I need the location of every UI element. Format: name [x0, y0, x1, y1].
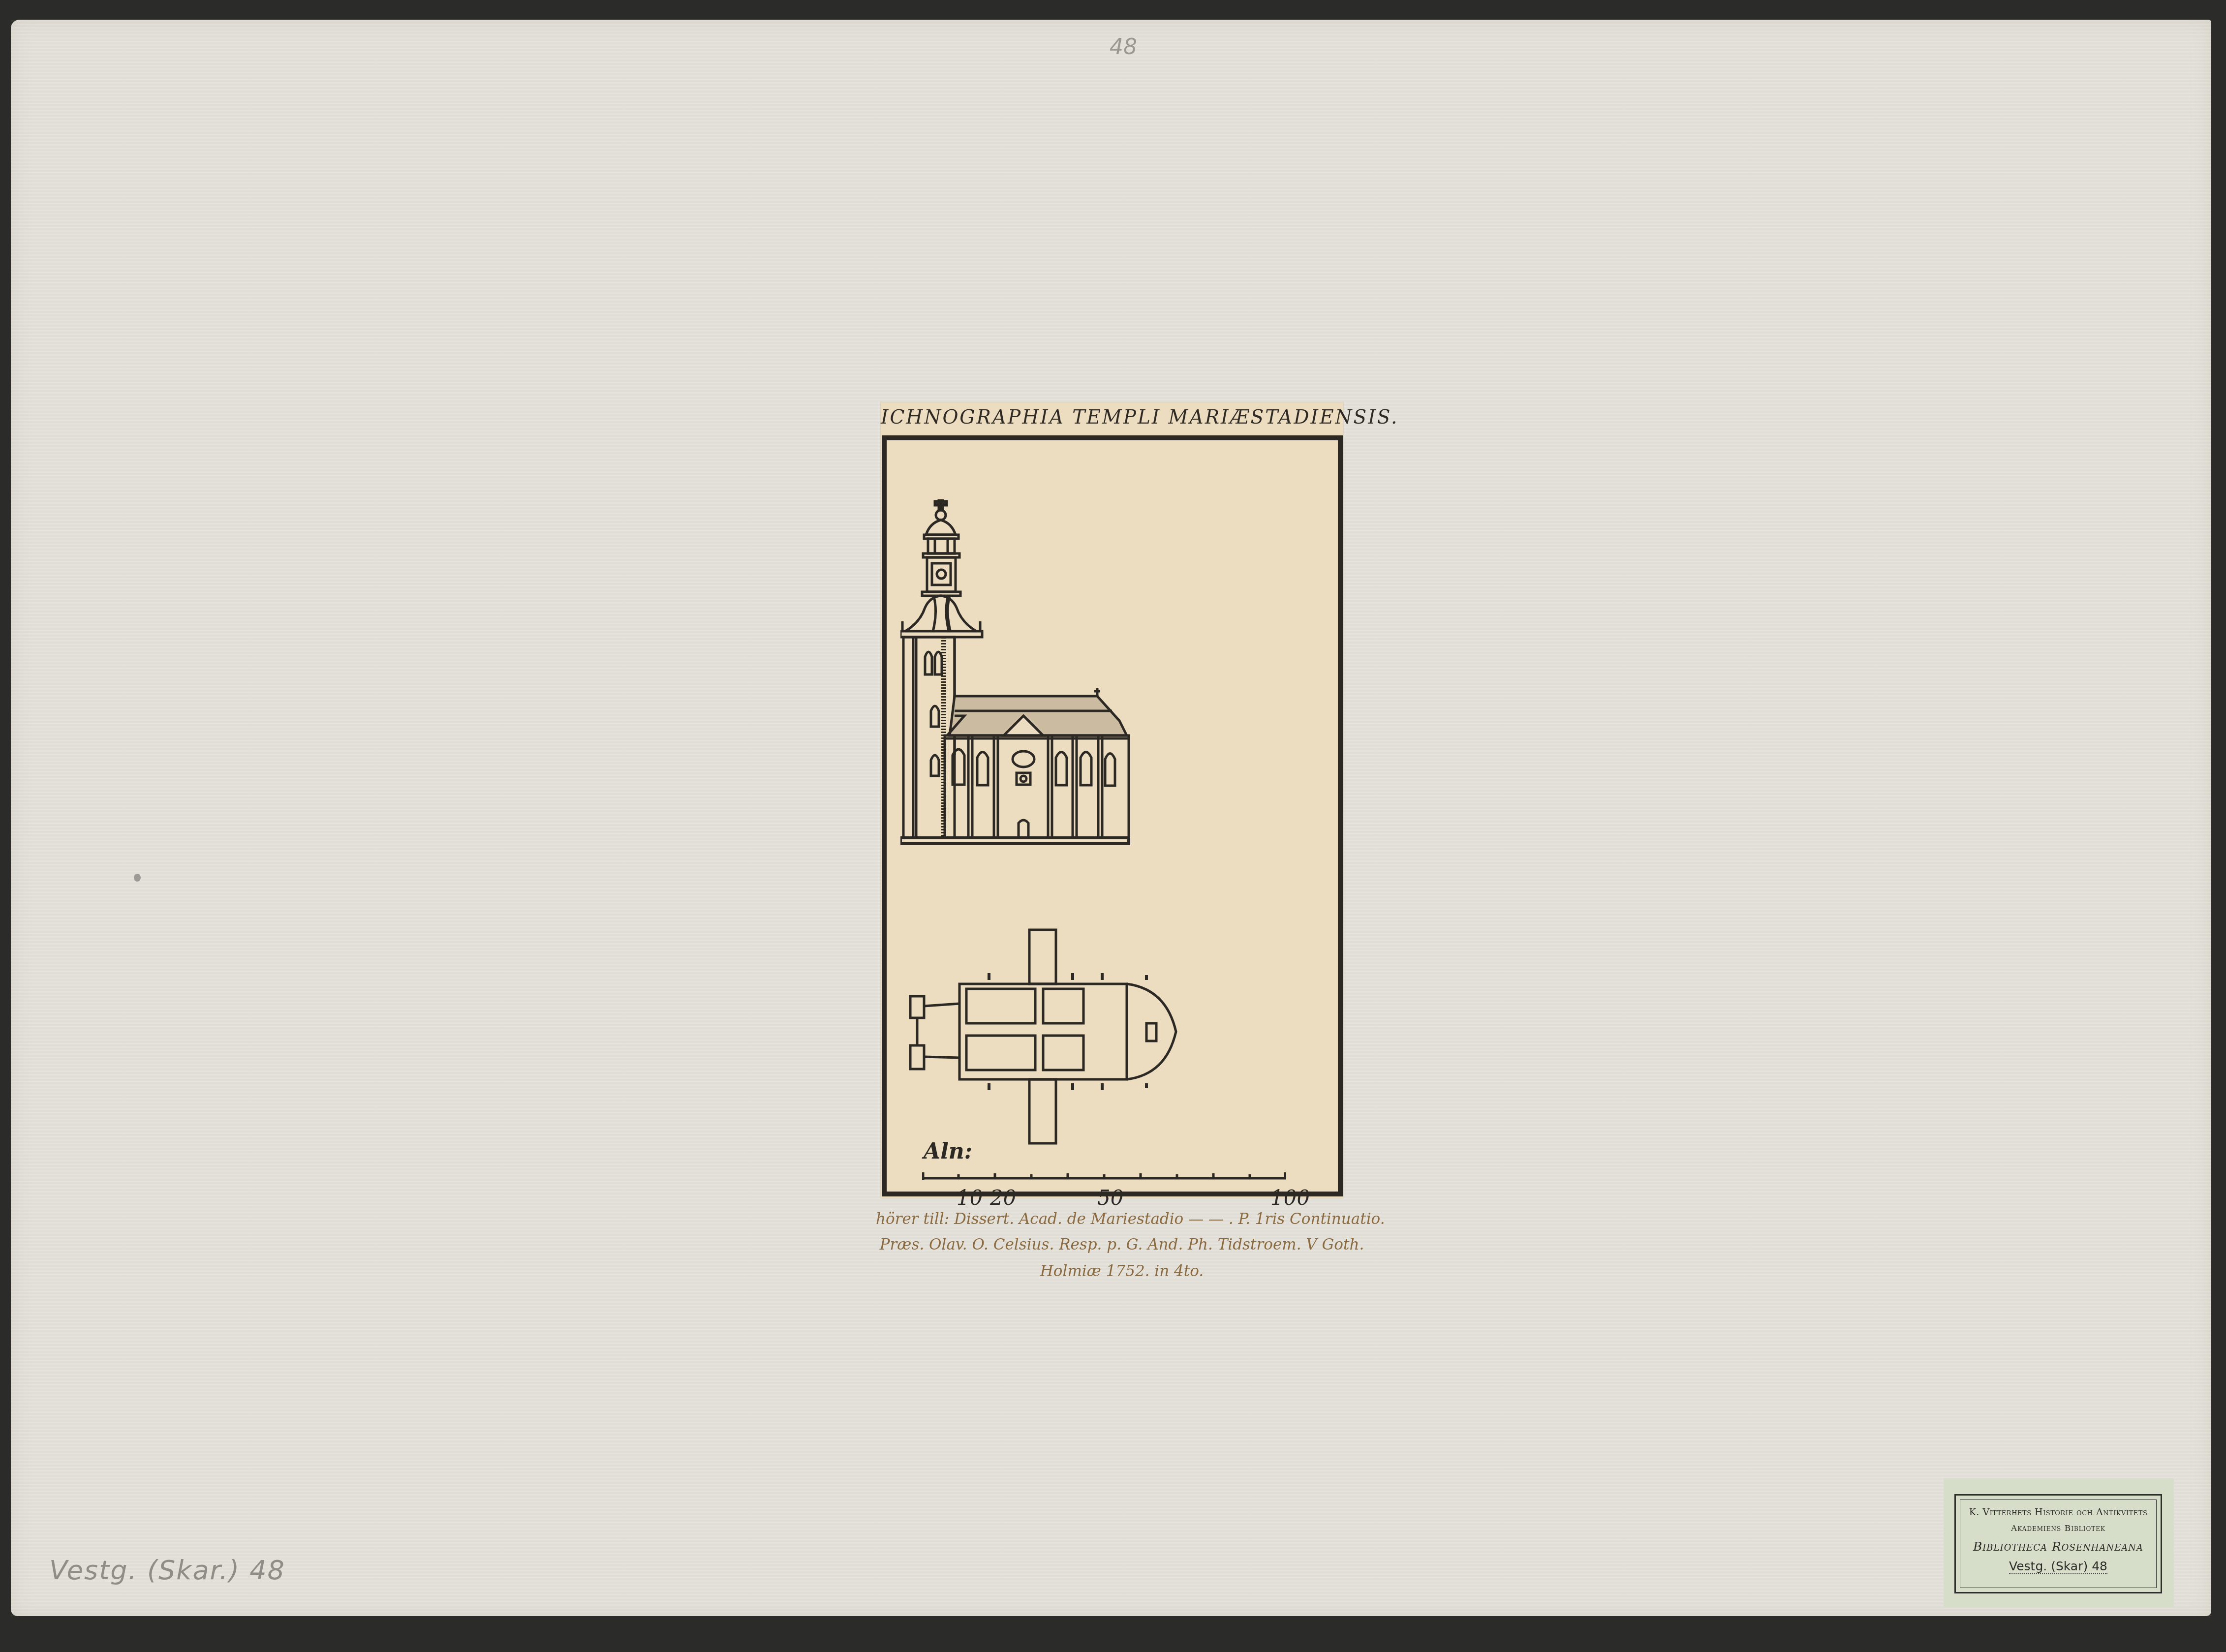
manuscript-line-2: Præs. Olav. O. Celsius. Resp. p. G. And.… [876, 1236, 1368, 1254]
library-bookplate-label: K. Vitterhets Historie och Antikvitets A… [1944, 1478, 2174, 1607]
pencil-mark [134, 874, 141, 882]
church-elevation-drawing [900, 499, 1304, 854]
pencil-page-number: 48 [1110, 34, 1137, 60]
woodcut-print: ICHNOGRAPHIA TEMPLI MARIÆSTADIENSIS. [881, 402, 1343, 1198]
scale-label: Aln: [924, 1139, 972, 1164]
pencil-shelfmark: Vestg. (Skar.) 48 [49, 1555, 285, 1586]
print-title: ICHNOGRAPHIA TEMPLI MARIÆSTADIENSIS. [881, 406, 1343, 428]
church-ground-plan-drawing [900, 925, 1324, 1151]
tower-cross-icon [935, 499, 947, 520]
scale-tick-100: 100 [1270, 1186, 1310, 1210]
scale-tick-10: 10 [957, 1186, 983, 1210]
manuscript-line-3: Holmiæ 1752. in 4to. [876, 1262, 1368, 1280]
label-institution: K. Vitterhets Historie och Antikvitets [1960, 1507, 2156, 1518]
label-border: K. Vitterhets Historie och Antikvitets A… [1954, 1494, 2162, 1593]
label-library: Akademiens Bibliotek [1960, 1524, 2156, 1533]
label-collection: Bibliotheca Rosenhaneana [1960, 1539, 2156, 1554]
label-shelfmark: Vestg. (Skar) 48 [1960, 1559, 2156, 1573]
scale-bar [922, 1168, 1286, 1183]
scale-tick-20: 20 [990, 1186, 1016, 1210]
scale-tick-50: 50 [1097, 1186, 1123, 1210]
print-frame: Aln: 10 20 50 100 [882, 435, 1343, 1196]
manuscript-line-1: hörer till: Dissert. Acad. de Mariestadi… [876, 1210, 1368, 1228]
